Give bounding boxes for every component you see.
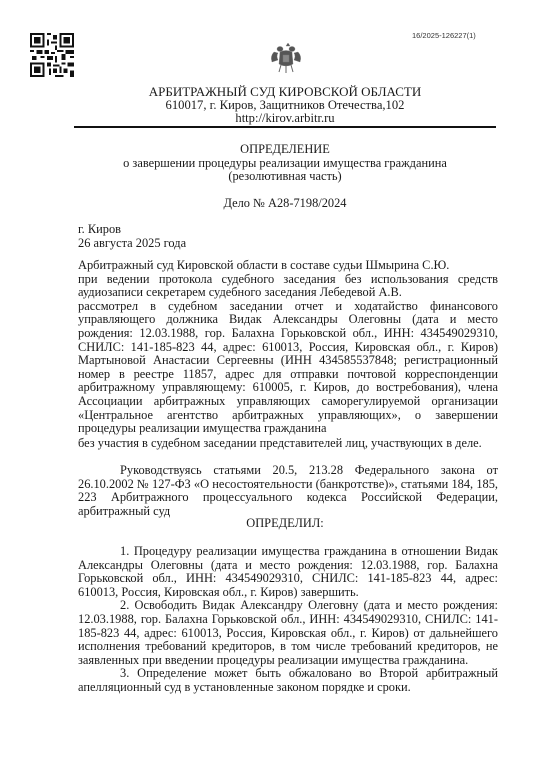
document-heading: ОПРЕДЕЛЕНИЕ bbox=[75, 143, 495, 157]
header-divider bbox=[74, 126, 496, 128]
court-name: АРБИТРАЖНЫЙ СУД КИРОВСКОЙ ОБЛАСТИ bbox=[75, 85, 495, 99]
decided-heading: ОПРЕДЕЛИЛ: bbox=[75, 516, 495, 531]
legal-basis: Руководствуясь статьями 20.5, 213.28 Фед… bbox=[78, 464, 498, 518]
composition-judge: Арбитражный суд Кировской области в сост… bbox=[78, 259, 498, 273]
court-composition: Арбитражный суд Кировской области в сост… bbox=[78, 259, 498, 436]
document-title-block: ОПРЕДЕЛЕНИЕ о завершении процедуры реали… bbox=[75, 143, 495, 184]
composition-secretary: при ведении протокола судебного заседани… bbox=[78, 273, 498, 300]
composition-considered: рассмотрел в судебном заседании отчет и … bbox=[78, 300, 498, 436]
place: г. Киров bbox=[78, 223, 186, 237]
document-id: 16/2025-126227(1) bbox=[412, 31, 476, 40]
date: 26 августа 2025 года bbox=[78, 237, 186, 251]
ruling-item: 2. Освободить Видак Александру Олеговну … bbox=[78, 599, 498, 667]
document-part: (резолютивная часть) bbox=[75, 170, 495, 184]
document-subtitle: о завершении процедуры реализации имущес… bbox=[75, 157, 495, 171]
document-page: 16/2025-126227(1) АРБИТРАЖНЫЙ СУД КИРОВС… bbox=[0, 0, 540, 763]
qr-code-icon bbox=[30, 33, 74, 77]
legal-basis-text: Руководствуясь статьями 20.5, 213.28 Фед… bbox=[78, 464, 498, 518]
absence-note: без участия в судебном заседании предста… bbox=[78, 437, 498, 451]
russian-coat-of-arms-icon bbox=[266, 42, 306, 74]
ruling-item: 1. Процедуру реализации имущества гражда… bbox=[78, 545, 498, 599]
place-date: г. Киров 26 августа 2025 года bbox=[78, 223, 186, 250]
court-address: 610017, г. Киров, Защитников Отечества,1… bbox=[75, 99, 495, 113]
ruling-items: 1. Процедуру реализации имущества гражда… bbox=[78, 545, 498, 695]
court-header: АРБИТРАЖНЫЙ СУД КИРОВСКОЙ ОБЛАСТИ 610017… bbox=[75, 85, 495, 126]
case-number: Дело № А28-7198/2024 bbox=[75, 196, 495, 211]
absence-text: без участия в судебном заседании предста… bbox=[78, 437, 498, 451]
court-website: http://kirov.arbitr.ru bbox=[75, 112, 495, 126]
ruling-item: 3. Определение может быть обжаловано во … bbox=[78, 667, 498, 694]
